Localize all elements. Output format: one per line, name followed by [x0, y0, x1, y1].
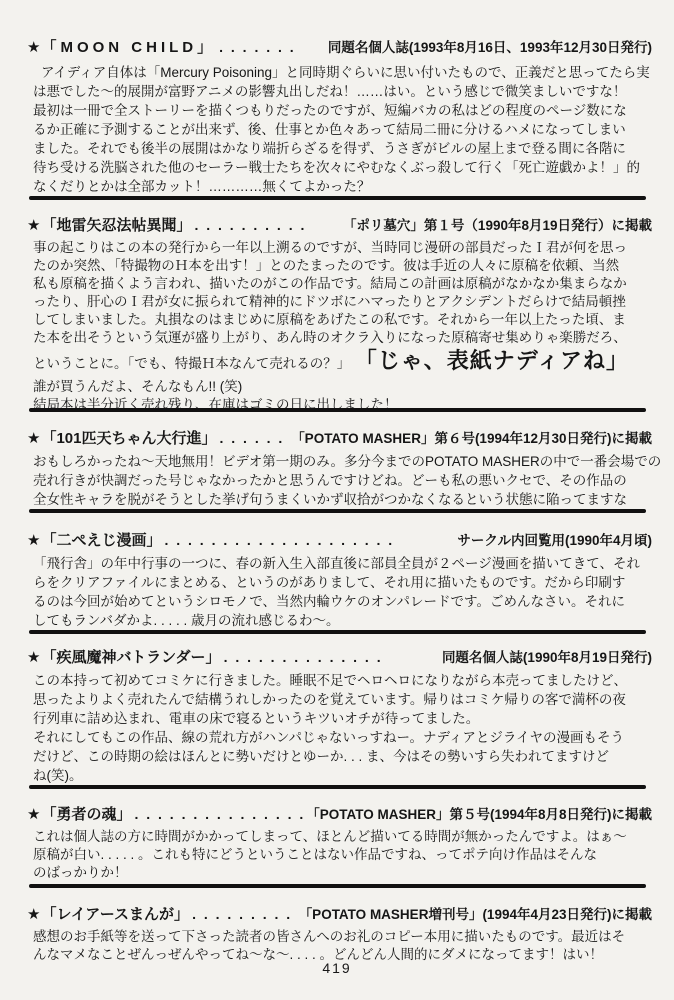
entry-body: 感想のお手紙等を送って下さった読者の皆さんへのお礼のコピー本用に描いたものです。… — [27, 928, 652, 964]
dots-leader: . . . . . . . . . . — [189, 903, 299, 925]
entry-publication: 同題名個人誌(1990年8月19日発行) — [442, 647, 652, 669]
entry-body: この本持って初めてコミケに行きました。睡眠不足でヘロヘロになりながら本売ってまし… — [27, 671, 652, 785]
entry-2page-manga: ★ 「二ぺえじ漫画」 . . . . . . . . . . . . . . .… — [27, 529, 652, 630]
star-icon: ★ — [27, 804, 40, 826]
entry-body: おもしろかったね〜天地無用！ビデオ第一期のみ。多分今までのPOTATO MASH… — [27, 452, 652, 509]
entry-publication: 同題名個人誌(1993年8月16日、1993年12月30日発行) — [328, 37, 652, 59]
entry-publication: 「POTATO MASHER」第５号(1994年8月8日発行)に掲載 — [306, 804, 652, 826]
entry-battlander: ★ 「疾風魔神バトランダー」 . . . . . . . . . . . . .… — [27, 646, 652, 785]
entry-body: これは個人誌の方に時間がかかってしまって、ほとんど描いてる時間が無かったんですよ… — [27, 828, 652, 882]
star-icon: ★ — [27, 215, 40, 237]
quote-big-text: 「じゃ、表紙ナディアね」 — [355, 348, 629, 373]
quote-lead-text: ということに。「でも、特撮Ｈ本なんて売れるの？」 — [33, 356, 350, 371]
dots-leader: . . . . . . . . . . . . . . — [221, 646, 442, 668]
dots-leader: . . . . . . . . . . . . . . . — [131, 803, 306, 825]
section-divider — [29, 196, 646, 200]
entry-title: 「101匹天ちゃん大行進」 — [41, 428, 216, 450]
entry-publication: サークル内回覧用(1990年4月頃) — [457, 530, 652, 552]
entry-body: 「飛行舎」の年中行事の一つに、春の新入生入部直後に部員全員が２ページ漫画を描いて… — [27, 554, 652, 630]
dots-leader: . . . . . . — [216, 427, 291, 449]
entry-moon-child: ★ 「MOON CHILD」 . . . . . . . 同題名個人誌(1993… — [27, 36, 652, 196]
section-divider — [29, 785, 646, 789]
entry-header: ★ 「疾風魔神バトランダー」 . . . . . . . . . . . . .… — [27, 646, 652, 669]
section-divider — [29, 630, 646, 634]
star-icon: ★ — [27, 530, 40, 552]
section-divider — [29, 884, 646, 888]
entry-header: ★ 「101匹天ちゃん大行進」 . . . . . . 「POTATO MASH… — [27, 427, 652, 450]
entry-101-tenchan: ★ 「101匹天ちゃん大行進」 . . . . . . 「POTATO MASH… — [27, 427, 652, 509]
entry-jiraiya: ★ 「地雷矢忍法帖異聞」 . . . . . . . . . . 「ポリ墓穴」第… — [27, 214, 652, 414]
star-icon: ★ — [27, 428, 40, 450]
section-divider — [29, 509, 646, 513]
entry-title: 「疾風魔神バトランダー」 — [41, 647, 220, 669]
star-icon: ★ — [27, 647, 40, 669]
doujinshi-afterword-page: ★ 「MOON CHILD」 . . . . . . . 同題名個人誌(1993… — [0, 0, 674, 1000]
entry-title: 「二ぺえじ漫画」 — [41, 530, 161, 552]
dots-leader: . . . . . . . . . . . . . . . . . . . . — [161, 529, 457, 551]
star-icon: ★ — [27, 904, 40, 926]
section-divider — [29, 408, 646, 412]
dots-leader: . . . . . . . . . . — [191, 214, 342, 236]
entry-header: ★ 「レイアースまんが」 . . . . . . . . . . 「POTATO… — [27, 903, 652, 926]
entry-title: 「地雷矢忍法帖異聞」 — [41, 215, 191, 237]
entry-header: ★ 「勇者の魂」 . . . . . . . . . . . . . . . 「… — [27, 803, 652, 826]
quote-line: ということに。「でも、特撮Ｈ本なんて売れるの？」 「じゃ、表紙ナディアね」 — [27, 347, 652, 378]
entry-header: ★ 「地雷矢忍法帖異聞」 . . . . . . . . . . 「ポリ墓穴」第… — [27, 214, 652, 237]
entry-publication: 「POTATO MASHER」第６号(1994年12月30日発行)に掲載 — [291, 428, 652, 450]
dots-leader: . . . . . . . — [216, 36, 328, 58]
entry-publication: 「POTATO MASHER増刊号」(1994年4月23日発行)に掲載 — [299, 904, 652, 926]
page-number: 419 — [0, 960, 674, 976]
entry-body: アイディア自体は「Mercury Poisoning」と同時期ぐらいに思い付いた… — [27, 63, 652, 196]
star-icon: ★ — [27, 37, 40, 59]
entry-rayearth: ★ 「レイアースまんが」 . . . . . . . . . . 「POTATO… — [27, 903, 652, 964]
entry-title: 「レイアースまんが」 — [41, 904, 189, 926]
entry-yuusha: ★ 「勇者の魂」 . . . . . . . . . . . . . . . 「… — [27, 803, 652, 882]
entry-body: 事の起こりはこの本の発行から一年以上溯るのですが、当時同じ漫研の部員だったＩ君が… — [27, 239, 652, 347]
entry-publication: 「ポリ墓穴」第１号（1990年8月19日発行）に掲載 — [343, 215, 652, 237]
entry-header: ★ 「MOON CHILD」 . . . . . . . 同題名個人誌(1993… — [27, 36, 652, 59]
entry-title: 「勇者の魂」 — [41, 804, 131, 826]
entry-header: ★ 「二ぺえじ漫画」 . . . . . . . . . . . . . . .… — [27, 529, 652, 552]
entry-title: 「MOON CHILD」 — [41, 37, 216, 59]
